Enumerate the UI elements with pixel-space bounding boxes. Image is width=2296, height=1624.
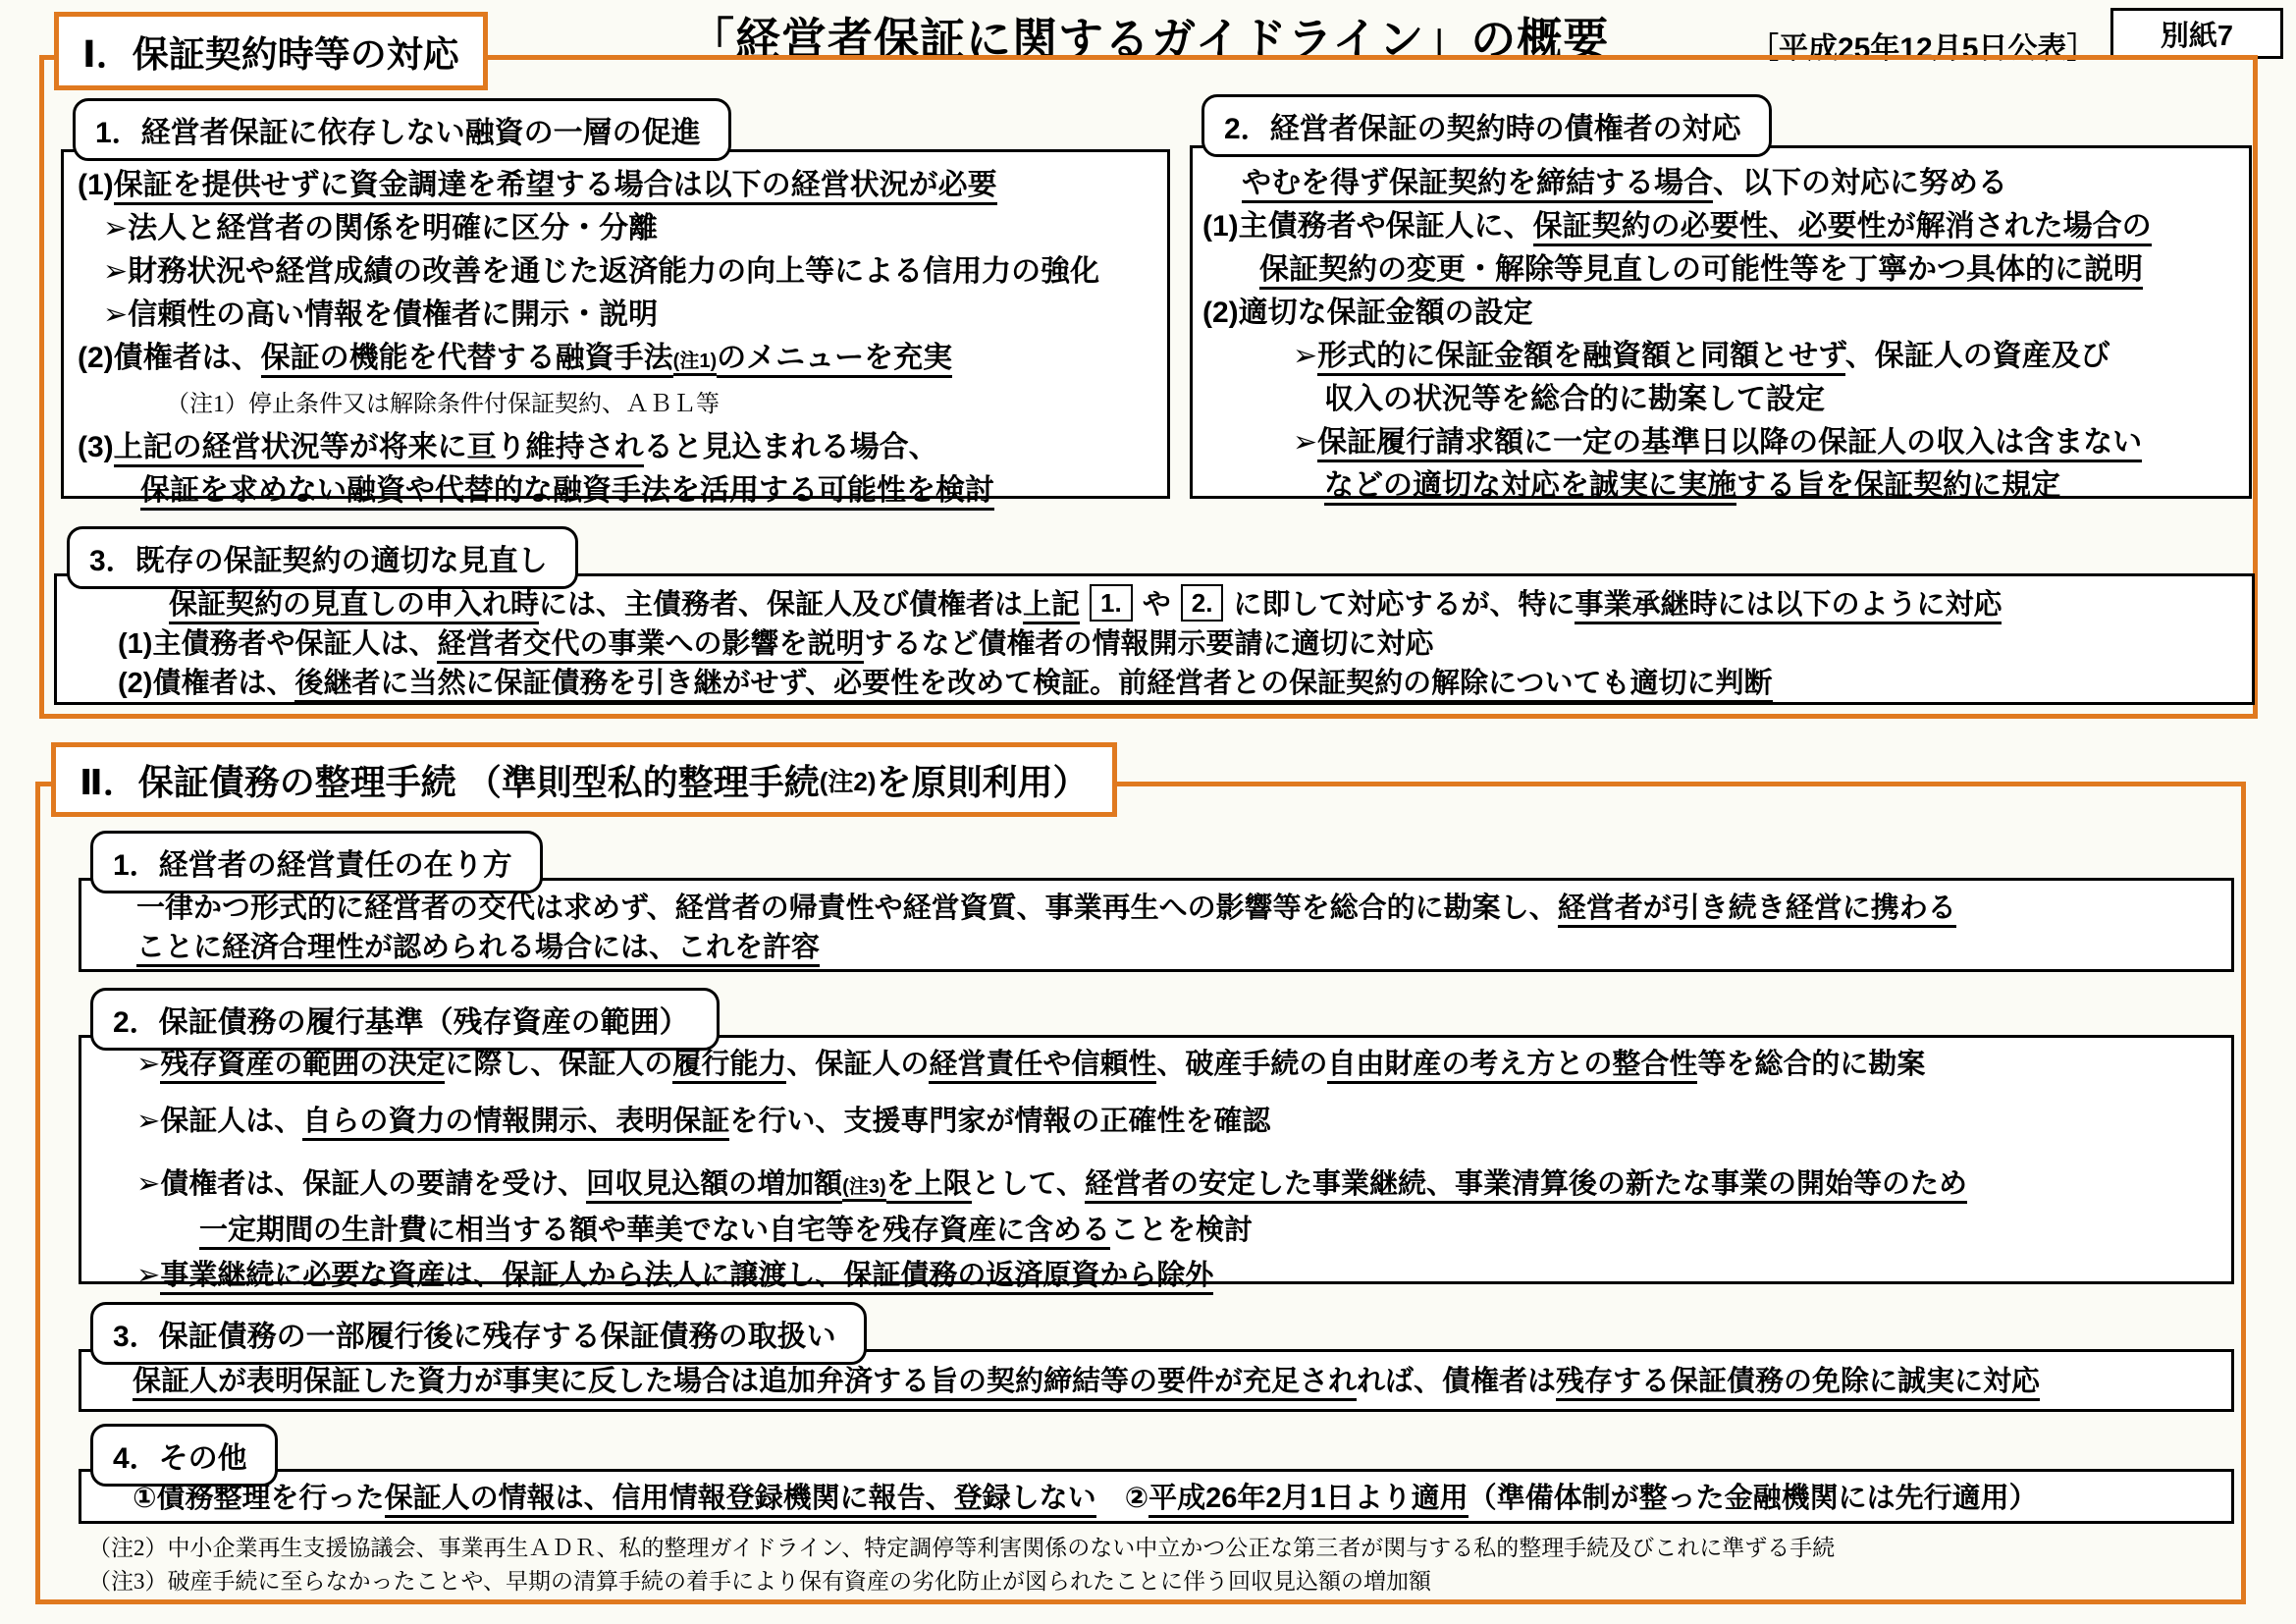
section2-box2-content: ➢残存資産の範囲の決定に際し、保証人の履行能力、保証人の経営責任や信頼性、破産手…	[79, 1035, 2234, 1284]
text-line: (1)保証を提供せずに資金調達を希望する場合は以下の経営状況が必要	[78, 164, 1159, 207]
text-line: (2)債権者は、後継者に当然に保証債務を引き継がせず、必要性を改めて検証。前経営…	[67, 664, 2246, 703]
text-line: 保証契約の変更・解除等見直しの可能性等を丁寧かつ具体的に説明	[1202, 248, 2243, 292]
section2-box2-text: ➢残存資産の範囲の決定に際し、保証人の履行能力、保証人の経営責任や信頼性、破産手…	[97, 1044, 2221, 1296]
text-line: ➢形式的に保証金額を融資額と同額とせず、保証人の資産及び	[1202, 335, 2243, 378]
text-line: 一律かつ形式的に経営者の交代は求めず、経営者の帰責性や経営資質、事業再生への影響…	[97, 889, 2221, 928]
ref-number-box: 2.	[1181, 584, 1224, 622]
section2-box4-title: 4．その他	[90, 1424, 278, 1487]
section1-box2-title: 2．経営者保証の契約時の債権者の対応	[1201, 94, 1772, 157]
attachment-number-badge: 別紙7	[2110, 8, 2283, 59]
section2-box3-text: 保証人が表明保証した資力が事実に反した場合は追加弁済する旨の契約締結等の要件が充…	[97, 1362, 2221, 1401]
text-line: （注3）破産手続に至らなかったことや、早期の清算手続の着手により保有資産の劣化防…	[88, 1565, 1835, 1598]
text-line: （注1）停止条件又は解除条件付保証契約、ＡＢＬ等	[78, 383, 1159, 426]
text-line: ➢財務状況や経営成績の改善を通じた返済能力の向上等による信用力の強化	[78, 250, 1159, 294]
text-line: ➢事業継続に必要な資産は、保証人から法人に譲渡し、保証債務の返済原資から除外	[97, 1255, 2221, 1296]
section1-box1-text: (1)保証を提供せずに資金調達を希望する場合は以下の経営状況が必要➢法人と経営者…	[78, 164, 1159, 513]
text-line: (3)上記の経営状況等が将来に亘り維持されると見込まれる場合、	[78, 426, 1159, 469]
text-line: ➢保証履行請求額に一定の基準日以降の保証人の収入は含まない	[1202, 421, 2243, 464]
section1-box2-content: やむを得ず保証契約を締結する場合、以下の対応に努める(1)主債務者や保証人に、保…	[1190, 145, 2252, 499]
text-line: ①債務整理を行った保証人の情報は、信用情報登録機関に報告、登録しない ②平成26…	[97, 1479, 2221, 1518]
text-line: ことに経済合理性が認められる場合には、これを許容	[97, 928, 2221, 967]
text-line: (1)主債務者や保証人は、経営者交代の事業への影響を説明するなど債権者の情報開示…	[67, 624, 2246, 664]
text-line: ➢保証人は、自らの資力の情報開示、表明保証を行い、支援専門家が情報の正確性を確認	[97, 1101, 2221, 1142]
section1-box3-content: 保証契約の見直しの申入れ時には、主債務者、保証人及び債権者は上記1.や2.に即し…	[54, 573, 2255, 705]
section2-box4-text: ①債務整理を行った保証人の情報は、信用情報登録機関に報告、登録しない ②平成26…	[97, 1479, 2221, 1518]
text-line: 保証人が表明保証した資力が事実に反した場合は追加弁済する旨の契約締結等の要件が充…	[97, 1362, 2221, 1401]
section2-box3-title: 3．保証債務の一部履行後に残存する保証債務の取扱い	[90, 1302, 867, 1365]
section1-label: Ⅰ．保証契約時等の対応	[54, 12, 488, 90]
section2-box2-title: 2．保証債務の履行基準（残存資産の範囲）	[90, 988, 720, 1051]
text-line: ➢法人と経営者の関係を明確に区分・分離	[78, 207, 1159, 250]
text-line: 一定期間の生計費に相当する額や華美でない自宅等を残存資産に含めることを検討	[97, 1210, 2221, 1251]
text-line: ➢信頼性の高い情報を債権者に開示・説明	[78, 294, 1159, 337]
text-line: 収入の状況等を総合的に勘案して設定	[1202, 378, 2243, 421]
text-line: ➢債権者は、保証人の要請を受け、回収見込額の増加額(注3)を上限として、経営者の…	[97, 1164, 2221, 1208]
section2-label: Ⅱ．保証債務の整理手続 （準則型私的整理手続(注2)を原則利用）	[51, 742, 1117, 817]
section2-box1-title: 1．経営者の経営責任の在り方	[90, 831, 543, 893]
section1-box3-title: 3．既存の保証契約の適切な見直し	[67, 526, 578, 589]
text-line: (1)主債務者や保証人に、保証契約の必要性、必要性が解消された場合の	[1202, 205, 2243, 248]
text-line: （注2）中小企業再生支援協議会、事業再生ＡＤＲ、私的整理ガイドライン、特定調停等…	[88, 1532, 1835, 1565]
text-line: などの適切な対応を誠実に実施する旨を保証契約に規定	[1202, 464, 2243, 508]
text-line: (2)債権者は、保証の機能を代替する融資手法(注1)のメニューを充実	[78, 337, 1159, 383]
text-line: 保証契約の見直しの申入れ時には、主債務者、保証人及び債権者は上記1.や2.に即し…	[67, 584, 2246, 624]
document-page: 「経営者保証に関するガイドライン」の概要 ［平成25年12月5日公表］ 別紙7 …	[0, 0, 2296, 1624]
text-line: (2)適切な保証金額の設定	[1202, 292, 2243, 335]
section1-box1-content: (1)保証を提供せずに資金調達を希望する場合は以下の経営状況が必要➢法人と経営者…	[61, 149, 1170, 499]
footnotes: （注2）中小企業再生支援協議会、事業再生ＡＤＲ、私的整理ガイドライン、特定調停等…	[88, 1532, 1835, 1598]
section2-box1-text: 一律かつ形式的に経営者の交代は求めず、経営者の帰責性や経営資質、事業再生への影響…	[97, 889, 2221, 967]
section1-box3-text: 保証契約の見直しの申入れ時には、主債務者、保証人及び債権者は上記1.や2.に即し…	[67, 584, 2246, 703]
text-line: やむを得ず保証契約を締結する場合、以下の対応に努める	[1202, 162, 2243, 205]
section1-box2-text: やむを得ず保証契約を締結する場合、以下の対応に努める(1)主債務者や保証人に、保…	[1202, 162, 2243, 508]
ref-number-box: 1.	[1090, 584, 1133, 622]
text-line: 保証を求めない融資や代替的な融資手法を活用する可能性を検討	[78, 469, 1159, 513]
section1-box1-title: 1．経営者保証に依存しない融資の一層の促進	[73, 98, 731, 161]
section2-box4-content: ①債務整理を行った保証人の情報は、信用情報登録機関に報告、登録しない ②平成26…	[79, 1469, 2234, 1524]
